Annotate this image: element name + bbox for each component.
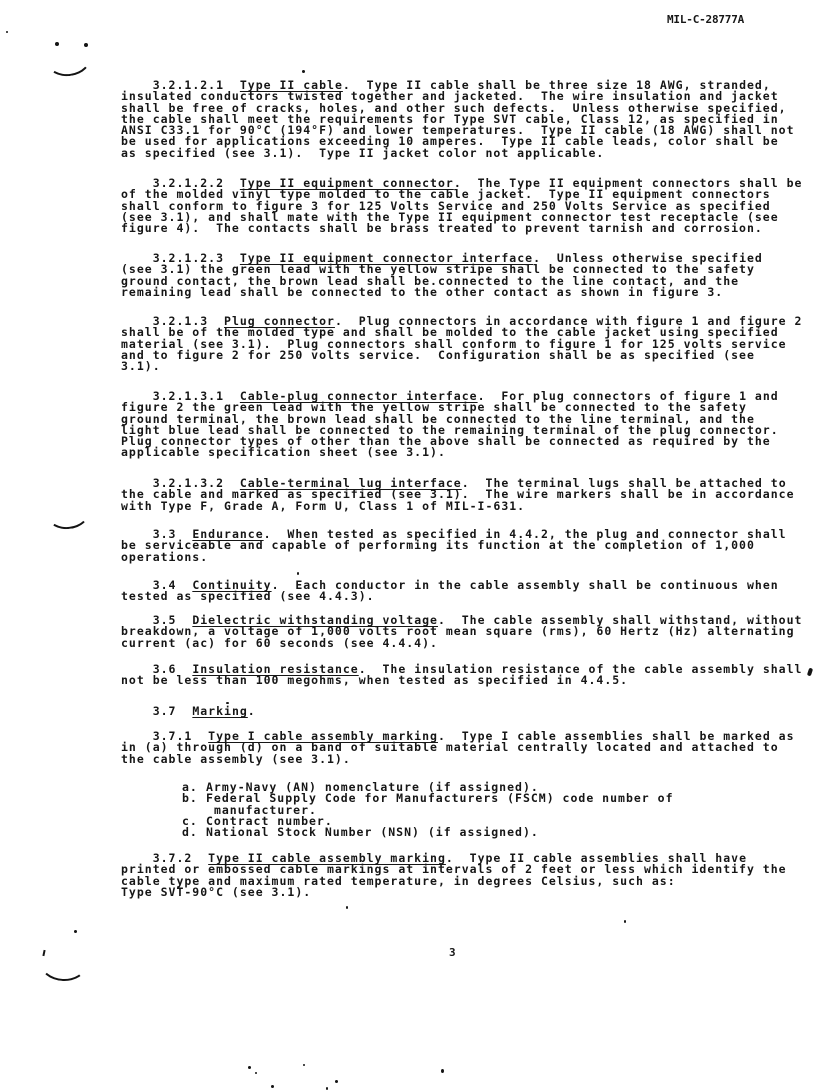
scan-speck <box>84 43 88 47</box>
scan-speck <box>6 31 8 33</box>
scan-speck <box>297 572 299 575</box>
para-text: . Type II cable shall be three size 18 A… <box>121 78 795 160</box>
spec-paragraph-3-2-1-2-2: 3.2.1.2.2 Type II equipment connector. T… <box>121 178 818 234</box>
list-item-label: d. <box>182 827 206 838</box>
spec-paragraph-3-7-1: 3.7.1 Type I cable assembly marking. Typ… <box>121 731 818 765</box>
spec-paragraph-3-7-2: 3.7.2 Type II cable assembly marking. Ty… <box>121 853 818 898</box>
scan-speck <box>248 1066 251 1069</box>
spec-paragraph-3-2-1-2-1: 3.2.1.2.1 Type II cable. Type II cable s… <box>121 80 818 159</box>
list-item-label: b. <box>182 793 206 816</box>
list-item: b.Federal Supply Code for Manufacturers … <box>121 793 761 816</box>
scan-speck <box>74 930 77 933</box>
spec-paragraph-3-7: 3.7 Marking. <box>121 706 818 717</box>
document-number-header: MIL-C-28777A <box>667 13 744 26</box>
spec-paragraph-3-2-1-3: 3.2.1.3 Plug connector. Plug connectors … <box>121 316 818 372</box>
list-item: d.National Stock Number (NSN) (if assign… <box>121 827 761 838</box>
spec-paragraph-3-2-1-3-1: 3.2.1.3.1 Cable-plug connector interface… <box>121 391 818 459</box>
spec-paragraph-3-3: 3.3 Endurance. When tested as specified … <box>121 529 818 563</box>
scan-speck <box>335 1080 338 1083</box>
spec-paragraph-3-5: 3.5 Dielectric withstanding voltage. The… <box>121 615 818 649</box>
scan-speck <box>271 1085 274 1088</box>
scanned-document-page: { "page": { "header_right": "MIL-C-28777… <box>0 0 818 1092</box>
para-title: Marking <box>192 704 247 718</box>
scan-speck <box>624 920 626 923</box>
scan-speck <box>226 702 229 704</box>
marking-requirements-list: a.Army-Navy (AN) nomenclature (if assign… <box>121 782 761 838</box>
spec-paragraph-3-4: 3.4 Continuity. Each conductor in the ca… <box>121 580 818 603</box>
para-number: 3.7 <box>121 704 192 718</box>
page-number: 3 <box>449 946 456 959</box>
binder-ring-shadow-middle <box>46 497 91 531</box>
scan-speck <box>255 1072 257 1074</box>
list-item-text: Federal Supply Code for Manufacturers (F… <box>206 793 674 816</box>
spec-paragraph-3-2-1-3-2: 3.2.1.3.2 Cable-terminal lug interface. … <box>121 478 818 512</box>
para-text: . <box>248 704 256 718</box>
spec-paragraph-3-2-1-2-3: 3.2.1.2.3 Type II equipment connector in… <box>121 253 818 298</box>
scan-speck <box>441 1069 444 1073</box>
scan-speck <box>303 1064 305 1066</box>
para-text: . For plug connectors of figure 1 and fi… <box>121 389 779 459</box>
scan-speck <box>346 906 348 909</box>
binder-ring-shadow-bottom <box>39 945 88 982</box>
spec-paragraph-3-6: 3.6 Insulation resistance. The insulatio… <box>121 664 818 687</box>
scan-speck <box>302 70 305 73</box>
scan-speck <box>55 42 59 46</box>
list-item-text: National Stock Number (NSN) (if assigned… <box>206 827 539 838</box>
scan-speck <box>326 1087 328 1090</box>
